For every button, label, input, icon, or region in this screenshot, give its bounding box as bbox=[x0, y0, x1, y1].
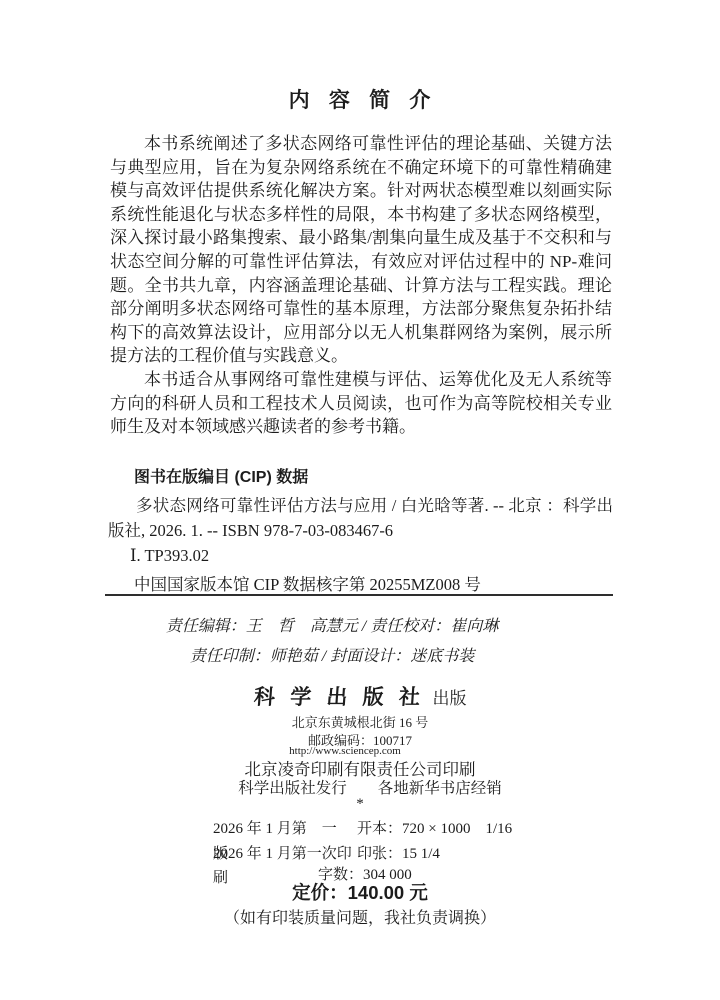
staff-credits: 责任编辑：王 哲 高慧元 / 责任校对：崔向琳 责任印制：师艳茹 / 封面设计：… bbox=[0, 612, 664, 672]
publisher-logo-text: 科 学 出 版 社 bbox=[252, 681, 425, 711]
quality-note: （如有印装质量问题，我社负责调换） bbox=[0, 905, 720, 928]
summary-paragraph: 本书系统阐述了多状态网络可靠性评估的理论基础、关键方法与典型应用，旨在为复杂网络… bbox=[110, 132, 612, 368]
cip-record-number: 中国国家版本馆 CIP 数据核字第 20255MZ008 号 bbox=[134, 571, 481, 595]
publisher-line: 科 学 出 版 社 出版 bbox=[0, 681, 720, 711]
publisher-suffix: 出版 bbox=[433, 689, 467, 708]
price: 定价：140.00 元 bbox=[0, 879, 720, 905]
print-design-credit-line: 责任印制：师艳茹 / 封面设计：迷底书装 bbox=[0, 642, 664, 672]
book-summary: 本书系统阐述了多状态网络可靠性评估的理论基础、关键方法与典型应用，旨在为复杂网络… bbox=[110, 132, 612, 439]
copyright-page: 内 容 简 介 本书系统阐述了多状态网络可靠性评估的理论基础、关键方法与典型应用… bbox=[0, 0, 720, 1000]
cip-classification: Ⅰ. TP393.02 bbox=[130, 546, 209, 566]
edition-info: 2026 年 1 月第 一 版 开本：720 × 1000 1/16 2026 … bbox=[213, 817, 512, 866]
divider-star: * bbox=[0, 796, 720, 813]
page-title: 内 容 简 介 bbox=[0, 84, 720, 114]
horizontal-rule bbox=[105, 594, 613, 596]
distribution-line: 科学出版社发行 各地新华书店经销 bbox=[0, 776, 720, 798]
publisher-address: 北京东黄城根北街 16 号 bbox=[0, 712, 720, 731]
editor-credit-line: 责任编辑：王 哲 高慧元 / 责任校对：崔向琳 bbox=[0, 612, 664, 642]
cip-entry: 多状态网络可靠性评估方法与应用 / 白光晗等著. -- 北京 ：科学出版社, 2… bbox=[108, 493, 613, 543]
cip-header: 图书在版编目 (CIP) 数据 bbox=[134, 464, 308, 487]
summary-paragraph: 本书适合从事网络可靠性建模与评估、运筹优化及无人系统等方向的科研人员和工程技术人… bbox=[110, 368, 612, 439]
edition-date: 2026 年 1 月第 一 版 bbox=[213, 817, 357, 842]
format-spec: 开本：720 × 1000 1/16 bbox=[357, 817, 512, 842]
edition-row: 2026 年 1 月第 一 版 开本：720 × 1000 1/16 bbox=[213, 817, 512, 842]
